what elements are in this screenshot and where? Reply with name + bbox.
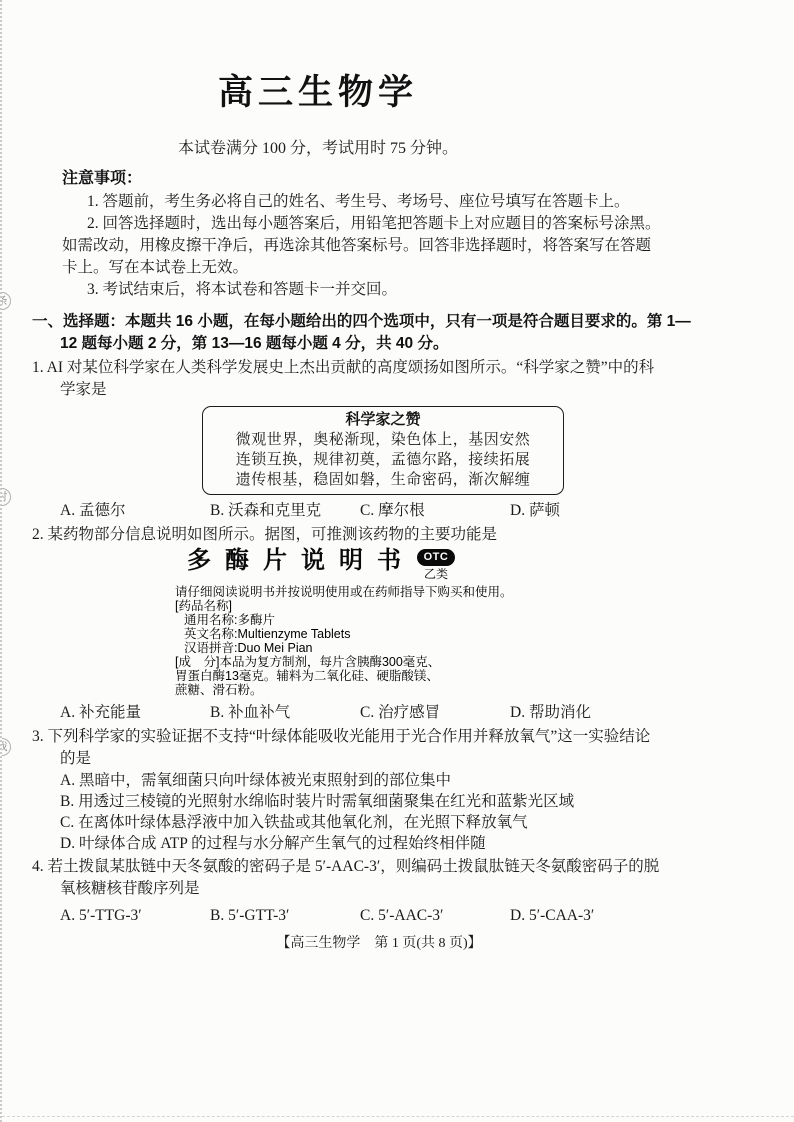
page-number: 【高三生物学 第 1 页(共 8 页)】 (276, 936, 481, 951)
leaflet-line-5: 汉语拼音:Duo Mei Pian (175, 641, 772, 655)
question-3-option-a: A. 黑暗中，需氧细菌只向叶绿体被光束照射到的部位集中 (60, 770, 772, 791)
praise-box-line-1: 微观世界，奥秘渐现，染色体上，基因安然 (209, 430, 557, 450)
question-1: 1. AI 对某位科学家在人类科学发展史上杰出贡献的高度颂扬如图所示。“科学家之… (32, 357, 772, 522)
question-4-stem-line-2: 氧核糖核苷酸序列是 (60, 878, 772, 900)
otc-badge-icon: OTC (417, 549, 455, 566)
drug-leaflet: 多酶片说明书 OTC 乙类 请仔细阅读说明书并按说明使用或在药师指导下购买和使用… (175, 546, 772, 697)
question-4: 4. 若土拨鼠某肽链中天冬氨酸的密码子是 5′-AAC-3′，则编码土拨鼠肽链天… (32, 856, 772, 927)
question-3-stem-line-2: 的是 (60, 748, 772, 770)
question-1-option-c: C. 摩尔根 (360, 500, 510, 522)
paper-header: 高三生物学 本试卷满分 100 分，考试用时 75 分钟。 (0, 73, 688, 159)
question-2-option-c: C. 治疗感冒 (360, 702, 510, 724)
leaflet-line-6: [成 分]本品为复方制剂，每片含胰酶300毫克、 (175, 655, 772, 669)
leaflet-title: 多酶片说明书 (187, 546, 415, 576)
question-1-option-a: A. 孟德尔 (60, 500, 210, 522)
section-heading-line-1: 一、选择题：本题共 16 小题，在每小题给出的四个选项中，只有一项是符合题目要求… (60, 311, 772, 333)
section-heading-line-2: 12 题每小题 2 分，第 13—16 题每小题 4 分，共 40 分。 (60, 333, 772, 355)
question-3-option-d: D. 叶绿体合成 ATP 的过程与水分解产生氧气的过程始终相伴随 (60, 833, 772, 854)
question-1-option-b: B. 沃森和克里克 (210, 500, 360, 522)
question-2-option-b: B. 补血补气 (210, 702, 360, 724)
question-4-option-b: B. 5′-GTT-3′ (210, 905, 360, 927)
question-3-option-c: C. 在离体叶绿体悬浮液中加入铁盐或其他氧化剂，在光照下释放氧气 (60, 812, 772, 833)
praise-box-line-2: 连锁互换，规律初奠，孟德尔路，接续拓展 (209, 450, 557, 470)
question-1-options: A. 孟德尔 B. 沃森和克里克 C. 摩尔根 D. 萨顿 (60, 500, 772, 522)
leaflet-line-1: 请仔细阅读说明书并按说明使用或在药师指导下购买和使用。 (175, 585, 772, 599)
leaflet-line-2: [药品名称] (175, 599, 772, 613)
leaflet-line-8: 蔗糖、滑石粉。 (175, 683, 772, 697)
question-3-option-b: B. 用透过三棱镜的光照射水绵临时装片时需氧细菌聚集在红光和蓝紫光区域 (60, 791, 772, 812)
notice-item-1: 1. 答题前，考生务必将自己的姓名、考生号、考场号、座位号填写在答题卡上。 (62, 191, 662, 213)
question-1-stem-line-2: 学家是 (60, 379, 772, 401)
section-heading: 一、选择题：本题共 16 小题，在每小题给出的四个选项中，只有一项是符合题目要求… (32, 311, 772, 355)
otc-class-label: 乙类 (417, 567, 455, 581)
question-1-stem-line-1: 1. AI 对某位科学家在人类科学发展史上杰出贡献的高度颂扬如图所示。“科学家之… (60, 357, 772, 379)
otc-mark: OTC 乙类 (417, 549, 455, 581)
question-4-option-d: D. 5′-CAA-3′ (510, 905, 594, 927)
page-footer: 【高三生物学 第 1 页(共 8 页)】 (9, 934, 749, 954)
leaflet-line-3: 通用名称:多酶片 (175, 613, 772, 627)
question-4-stem-line-1: 4. 若土拨鼠某肽链中天冬氨酸的密码子是 5′-AAC-3′，则编码土拨鼠肽链天… (60, 856, 772, 878)
notice-item-3: 3. 考试结束后，将本试卷和答题卡一并交回。 (62, 279, 662, 301)
notice-heading: 注意事项： (62, 167, 662, 191)
question-2-stem-line-1: 2. 某药物部分信息说明如图所示。据图，可推测该药物的主要功能是 (60, 524, 772, 546)
leaflet-line-7: 胃蛋白酶13毫克。辅料为二氧化硅、硬脂酸镁、 (175, 669, 772, 683)
question-4-option-c: C. 5′-AAC-3′ (360, 905, 510, 927)
notice-item-2: 2. 回答选择题时，选出每小题答案后，用铅笔把答题卡上对应题目的答案标号涂黑。如… (62, 213, 662, 279)
question-4-option-a: A. 5′-TTG-3′ (60, 905, 210, 927)
exam-subtitle: 本试卷满分 100 分，考试用时 75 分钟。 (0, 139, 688, 159)
leaflet-header: 多酶片说明书 OTC 乙类 (175, 546, 772, 581)
question-2-option-d: D. 帮助消化 (510, 702, 591, 724)
leaflet-line-4: 英文名称:Multienzyme Tablets (175, 627, 772, 641)
question-2-option-a: A. 补充能量 (60, 702, 210, 724)
praise-box-line-3: 遗传根基，稳固如磐，生命密码，渐次解缠 (209, 470, 557, 490)
question-3-stem-line-1: 3. 下列科学家的实验证据不支持“叶绿体能吸收光能用于光合作用并释放氧气”这一实… (60, 726, 772, 748)
question-2-options: A. 补充能量 B. 补血补气 C. 治疗感冒 D. 帮助消化 (60, 702, 772, 724)
question-3-options: A. 黑暗中，需氧细菌只向叶绿体被光束照射到的部位集中 B. 用透过三棱镜的光照… (60, 770, 772, 854)
question-3: 3. 下列科学家的实验证据不支持“叶绿体能吸收光能用于光合作用并释放氧气”这一实… (32, 726, 772, 854)
scientist-praise-box: 科学家之赞 微观世界，奥秘渐现，染色体上，基因安然 连锁互换，规律初奠，孟德尔路… (202, 406, 564, 495)
question-2: 2. 某药物部分信息说明如图所示。据图，可推测该药物的主要功能是 多酶片说明书 … (32, 524, 772, 724)
praise-box-title: 科学家之赞 (209, 410, 557, 430)
exam-page: 条 对 戏 高三生物学 本试卷满分 100 分，考试用时 75 分钟。 注意事项… (0, 0, 794, 1122)
leaflet-body: 请仔细阅读说明书并按说明使用或在药师指导下购买和使用。 [药品名称] 通用名称:… (175, 585, 772, 697)
exam-title: 高三生物学 (0, 73, 688, 113)
question-4-options: A. 5′-TTG-3′ B. 5′-GTT-3′ C. 5′-AAC-3′ D… (60, 905, 772, 927)
notice-section: 注意事项： 1. 答题前，考生务必将自己的姓名、考生号、考场号、座位号填写在答题… (62, 167, 662, 301)
question-1-option-d: D. 萨顿 (510, 500, 560, 522)
